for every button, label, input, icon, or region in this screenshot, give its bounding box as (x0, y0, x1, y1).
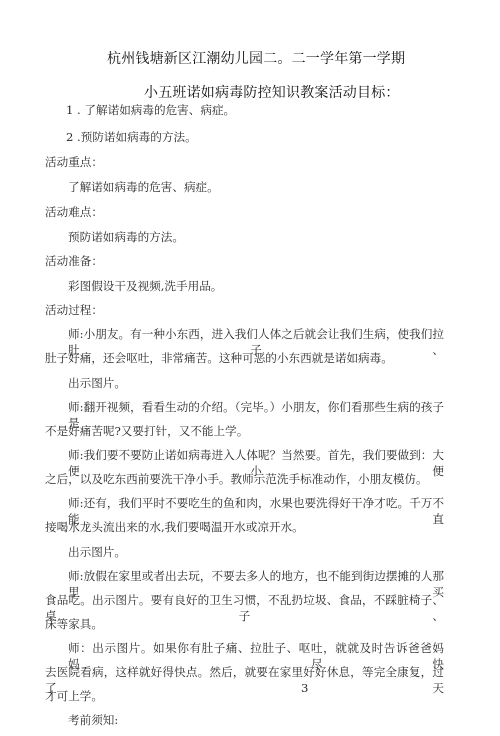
key-points-text: 了解诺如病毒的危害、病症。 (68, 179, 219, 195)
preparation-text: 彩图假设干及视频,洗手用品。 (68, 278, 222, 294)
document-page: 杭州钱塘新区江潮幼儿园二。二一学年第一学期 小五班诺如病毒防控知识教案活动目标：… (0, 0, 500, 736)
process-line: 食品吃。出示图片。要有良好的卫生习惯，不乱扔垃圾、食品，不踩脏椅子、桌子、 (45, 592, 444, 624)
objective-item-1: 1 . 了解诺如病毒的危害、病症。 (66, 102, 235, 118)
difficulties-label: 活动难点： (45, 204, 103, 220)
process-line: 去医院看病，这样就好得快点。然后，就要在家里好好休息，等完全康复，过了 3 天 (45, 664, 444, 696)
process-line: 才可上学。 (45, 688, 103, 704)
process-line: 不是好痛苦呢?又要打针，又不能上学。 (45, 423, 248, 439)
process-line: 床等家具。 (45, 616, 103, 632)
process-line: 接喝水龙头流出来的水,我们要喝温开水或凉开水。 (45, 519, 304, 535)
difficulties-text: 预防诺如病毒的方法。 (68, 229, 184, 245)
preparation-label: 活动准备： (45, 253, 103, 269)
document-subtitle: 小五班诺如病毒防控知识教案活动目标： (144, 82, 400, 102)
process-line: 出示图片。 (68, 375, 126, 391)
process-line: 之后，以及吃东西前要洗干净小手。教师示范洗手标准动作，小朋友模仿。 (45, 471, 428, 487)
process-label: 活动过程： (45, 302, 103, 318)
process-line: 出示图片。 (68, 544, 126, 560)
exam-notice-label: 考前须知: (68, 712, 118, 728)
key-points-label: 活动重点： (45, 154, 103, 170)
objective-item-2: 2 .预防诺如病毒的方法。 (66, 129, 197, 145)
process-line: 肚子好痛，还会呕吐，非常痛苦。这种可恶的小东西就是诺如病毒。 (45, 350, 393, 366)
document-title: 杭州钱塘新区江潮幼儿园二。二一学年第一学期 (107, 48, 405, 68)
